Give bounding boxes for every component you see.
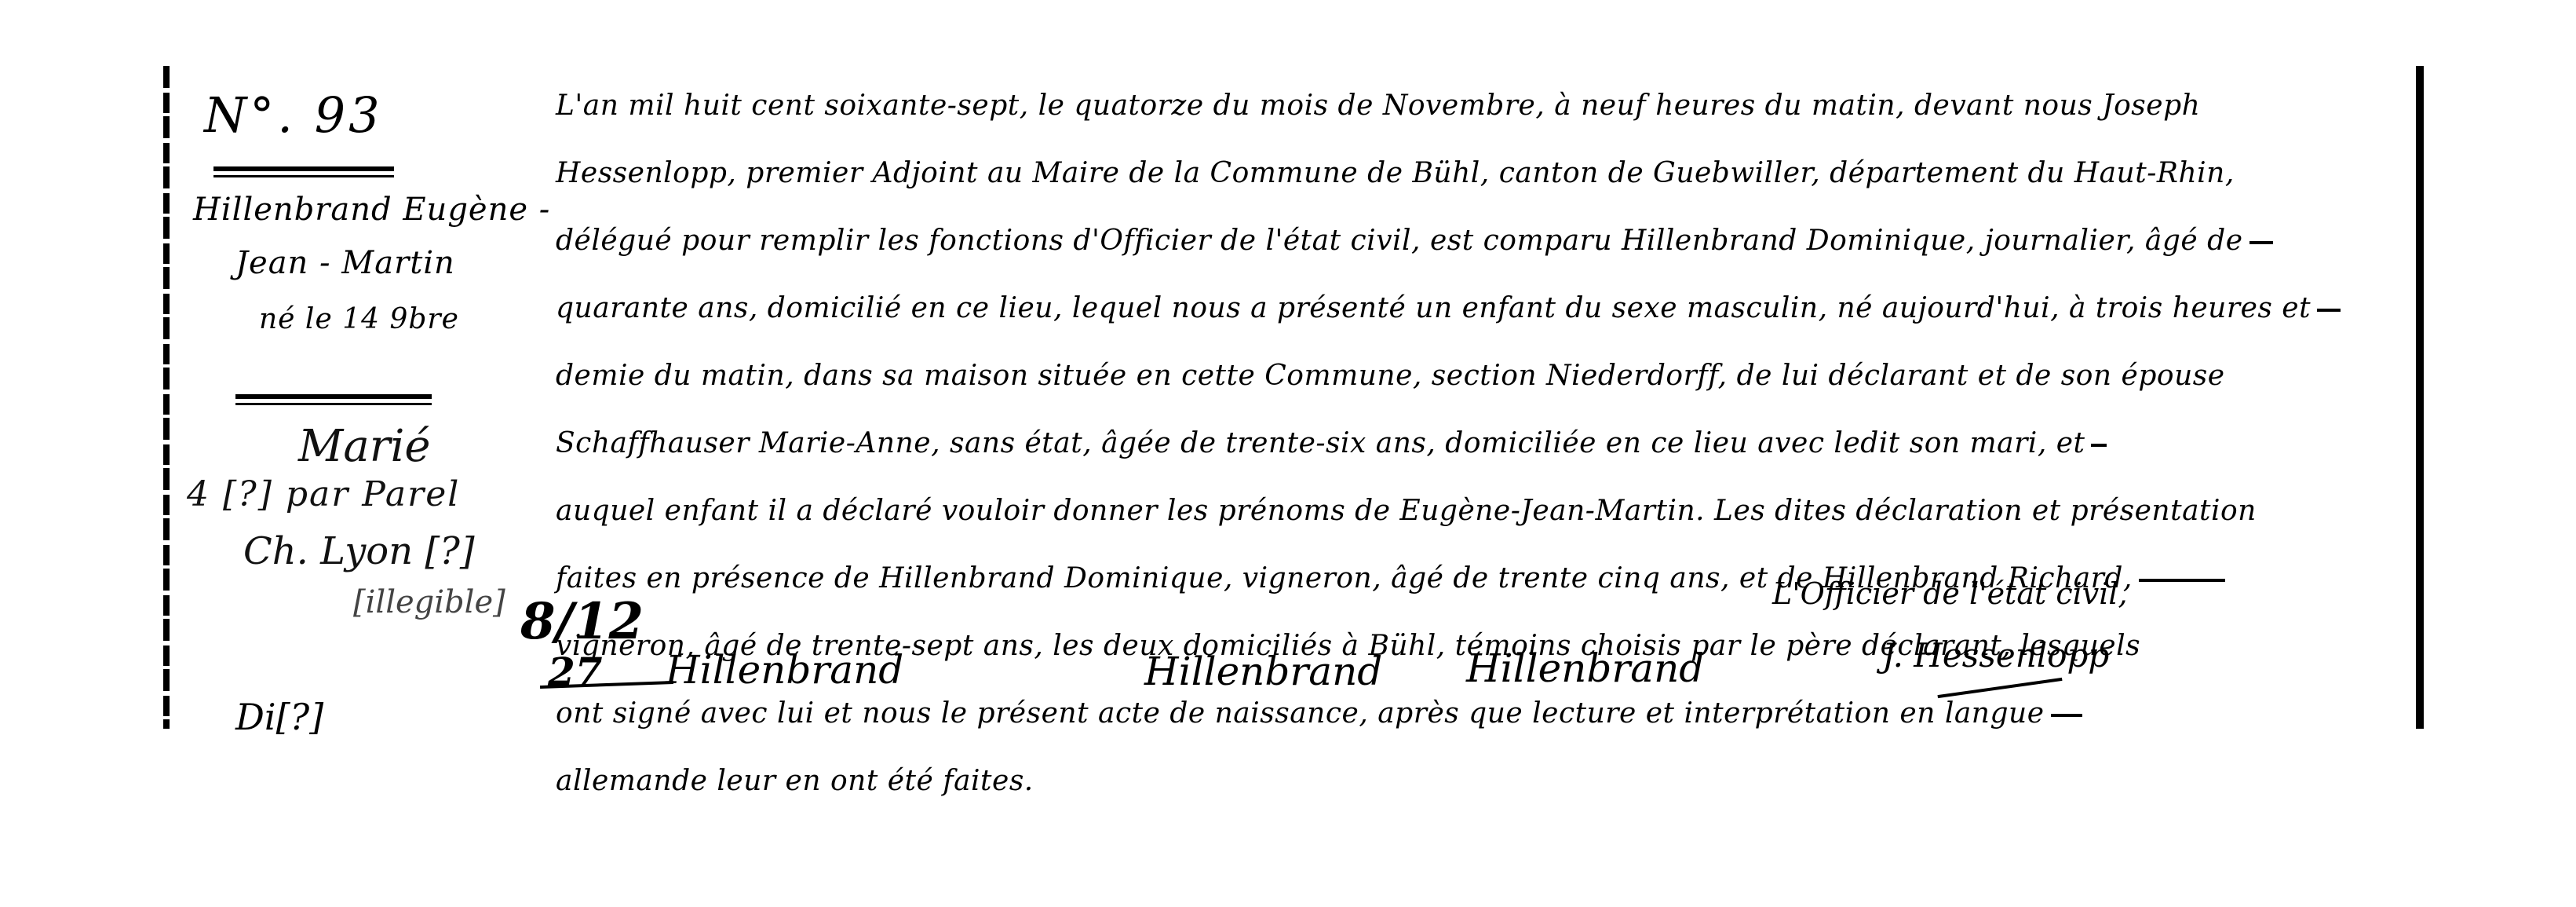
acte-number: N°. 93 (204, 86, 383, 144)
body-line: allemande leur en ont été faites. (556, 748, 2392, 815)
double-underline (235, 394, 432, 405)
margin-name-line: Hillenbrand Eugène - (193, 192, 550, 228)
body-line: auquel enfant il a déclaré vouloir donne… (556, 477, 2392, 545)
line-filler-dash (2317, 309, 2341, 312)
next-entry-fragment: Di[?] (235, 696, 323, 738)
body-line: demie du matin, dans sa maison située en… (556, 342, 2392, 410)
witness-signature: Hillenbrand (1466, 646, 1704, 691)
marginal-annotation: Marié (298, 421, 431, 472)
marginal-annotation: Ch. Lyon [?] (243, 529, 475, 573)
line-filler-dash (2139, 579, 2225, 582)
officer-signature: J. Hessenlopp (1882, 636, 2109, 675)
officer-label: L'Officier de l'état civil, (1772, 576, 2128, 611)
witness-signature: Hillenbrand (1144, 649, 1382, 694)
line-filler-dash (2249, 241, 2273, 244)
signatures: Hillenbrand Hillenbrand Hillenbrand (666, 639, 2392, 726)
margin-name-line: Jean - Martin (235, 245, 455, 281)
body-line: L'an mil huit cent soixante-sept, le qua… (556, 72, 2392, 140)
right-margin-rule (2416, 66, 2424, 729)
marginal-annotation: [illegible] (353, 584, 505, 620)
margin-column: N°. 93 Hillenbrand Eugène - Jean - Marti… (181, 66, 573, 729)
left-border-rule (163, 66, 170, 729)
body-line: quarante ans, domicilié en ce lieu, lequ… (556, 275, 2392, 342)
body-line: délégué pour remplir les fonctions d'Off… (556, 207, 2392, 275)
margin-birth-date: né le 14 9bre (259, 303, 459, 335)
body-line: Hessenlopp, premier Adjoint au Maire de … (556, 140, 2392, 207)
body-line: Schaffhauser Marie-Anne, sans état, âgée… (556, 410, 2392, 477)
line-filler-dash (2091, 444, 2107, 447)
double-underline (213, 166, 394, 177)
witness-signature: Hillenbrand (666, 647, 903, 693)
register-scan: N°. 93 Hillenbrand Eugène - Jean - Marti… (163, 66, 2424, 729)
marginal-annotation: 4 [?] par Parel (187, 474, 460, 514)
